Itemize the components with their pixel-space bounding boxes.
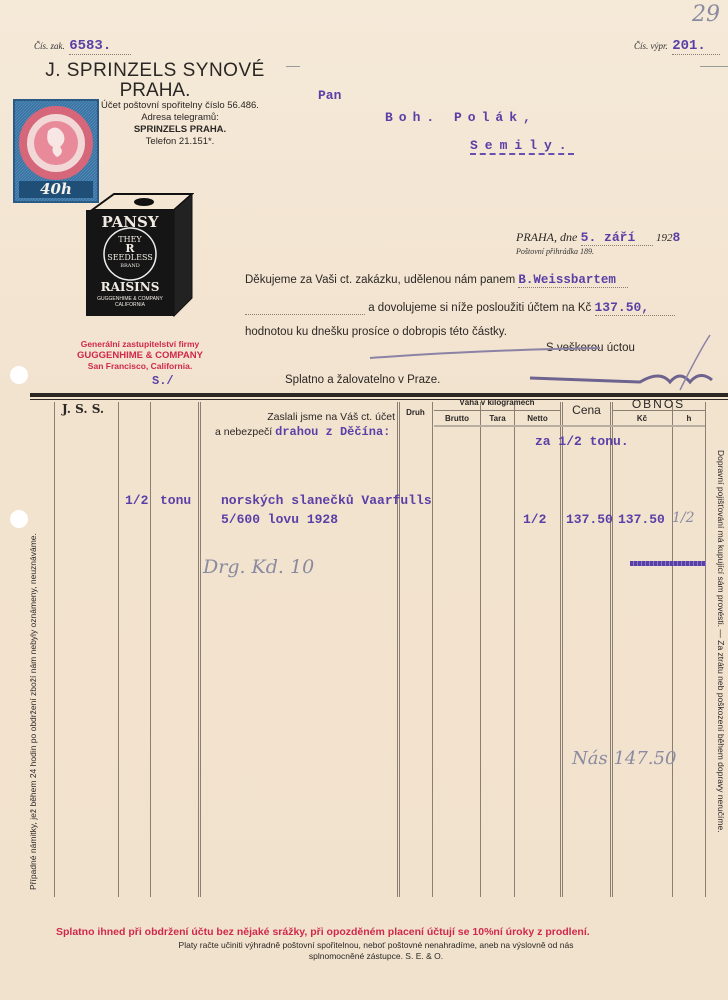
header-gross: Brutto [434, 414, 480, 423]
col-line [432, 402, 433, 897]
dispatch-number-value: 201. [672, 38, 720, 55]
company-name: J. SPRINZELS SYNOVÉ [30, 60, 280, 82]
header-amount-group: OBNOS [612, 397, 705, 411]
recipient-salutation: Pan [318, 88, 341, 103]
row-amount: 137.50 [618, 512, 665, 527]
body-line-2-blank [245, 302, 365, 315]
price-note: za 1/2 tonu. [535, 434, 629, 449]
payment-instructions-2: splnomocněné zástupce. S. E. & O. [56, 951, 696, 961]
col-line [118, 402, 119, 897]
shipped-via-label: a nebezpečí [215, 426, 272, 438]
pencil-note-total: Nás 147.50 [572, 748, 676, 769]
row-description-1: norských slanečků Vaarfulls [221, 493, 432, 508]
date-day-month: 5. září [581, 230, 653, 246]
col-line [514, 402, 515, 897]
date-year-suffix: 8 [673, 230, 681, 245]
header-shipped-line-2: a nebezpečí drahou z Děčína: [215, 425, 435, 439]
header-kind: Druh [399, 408, 432, 417]
row-unit: tonu [160, 493, 191, 508]
agency-notice: Generální zastupitelství firmy GUGGENHIM… [50, 339, 230, 372]
box-tagline-3: SEEDLESS [86, 253, 174, 262]
phone-number: Telefon 21.151*. [90, 136, 270, 148]
col-line [672, 402, 673, 897]
weight-header-divider [434, 410, 560, 411]
amount-margin-pencil: 1/2 [672, 510, 695, 526]
box-tagline-2: R [86, 244, 174, 253]
shipped-via-value: drahou z Děčína: [275, 425, 390, 439]
initials-mark: S./ [152, 374, 174, 388]
header-tare: Tara [481, 414, 514, 423]
header-shipped-line-1: Zaslali jsme na Váš ct. účet [205, 411, 395, 423]
date-city-label: PRAHA, dne [516, 230, 577, 244]
row-quantity: 1/2 [125, 493, 148, 508]
box-maker: GUGGENHIME & COMPANY CALIFORNIA [86, 296, 174, 308]
header-mark: J. S. S. [62, 402, 104, 416]
payment-instructions-1: Platy račte učiniti výhradně poštovní sp… [56, 940, 696, 950]
telegram-address: SPRINZELS PRAHA. [90, 124, 270, 136]
col-line [560, 402, 563, 897]
punch-hole-top [10, 366, 28, 384]
col-line [198, 402, 201, 897]
box-tagline-4: BRAND [86, 262, 174, 271]
payment-terms: Splatno ihned při obdržení účtu bez něja… [56, 926, 716, 938]
address-frame-mark-left [286, 66, 300, 67]
address-frame-mark-right [700, 66, 728, 67]
header-bottom-rule [434, 425, 705, 427]
referrer-name: B.Weissbartem [518, 273, 628, 288]
left-margin-notice: Případné námitky, jež během 24 hodin po … [28, 440, 39, 890]
agency-line-2: GUGGENHIME & COMPANY [50, 350, 230, 361]
corner-pencil-note: 29 [692, 2, 720, 27]
telegram-label: Adresa telegramů: [90, 112, 270, 124]
right-margin-notice: Dopravní pojišťování má kupující sám pro… [715, 450, 726, 880]
header-crowns: Kč [612, 414, 672, 423]
order-number-value: 6583. [69, 38, 131, 55]
postal-account: Účet poštovní spořitelny číslo 56.486. [90, 100, 270, 112]
total-underline [630, 561, 706, 566]
header-hellers: h [673, 414, 705, 423]
box-brand: PANSY [86, 213, 174, 231]
col-line [397, 402, 400, 897]
jurisdiction-note: Splatno a žalovatelno v Praze. [285, 374, 440, 386]
company-contacts: Účet poštovní spořitelny číslo 56.486. A… [90, 100, 270, 148]
pencil-note-freight: Drg. Kd. 10 [203, 556, 314, 578]
box-tagline: THEY R SEEDLESS BRAND [86, 235, 174, 271]
agency-line-3: San Francisco, California. [50, 361, 230, 372]
col-line [54, 402, 55, 897]
col-line [480, 402, 481, 897]
body-line-2: a dovolujeme si níže posloužiti účtem na… [245, 300, 728, 316]
col-line [705, 402, 706, 897]
punch-hole-bottom [10, 510, 28, 528]
body-line-1-text: Děkujeme za Vaši ct. zakázku, udělenou n… [245, 274, 515, 286]
recipient-city: Semily. [470, 138, 574, 155]
date-year-prefix: 192 [656, 232, 673, 244]
recipient-name: Boh. Polák, [385, 110, 537, 125]
header-net: Netto [515, 414, 560, 423]
invoice-total: 137.50, [595, 300, 675, 316]
box-product: RAISINS [86, 280, 174, 294]
date-line: PRAHA, dne 5. září 1928 [516, 230, 728, 246]
order-number: Čís. zak. 6583. [34, 36, 144, 55]
order-number-label: Čís. zak. [34, 41, 65, 51]
body-line-2-text: a dovolujeme si níže posloužiti účtem na… [368, 302, 591, 314]
row-price: 137.50 [566, 512, 613, 527]
row-description-2: 5/600 lovu 1928 [221, 512, 338, 527]
header-price: Cena [563, 403, 610, 417]
signature-icon [360, 330, 728, 400]
amount-header-divider [612, 410, 705, 411]
company-letterhead: J. SPRINZELS SYNOVÉ PRAHA. [30, 60, 280, 102]
pansy-raisins-box-illustration: PANSY THEY R SEEDLESS BRAND RAISINS GUGG… [84, 188, 194, 318]
header-weight-group: Váha v kilogramech [434, 398, 560, 407]
po-box: Poštovní přihrádka 189. [516, 247, 594, 256]
col-line [610, 402, 613, 897]
row-price-qty: 1/2 [523, 512, 546, 527]
agency-line-1: Generální zastupitelství firmy [50, 339, 230, 350]
col-line [150, 402, 151, 897]
body-line-1: Děkujeme za Vaši ct. zakázku, udělenou n… [245, 273, 728, 288]
box-origin: CALIFORNIA [86, 302, 174, 308]
dispatch-number: Čís. výpr. 201. [634, 36, 728, 55]
dispatch-number-label: Čís. výpr. [634, 41, 668, 51]
